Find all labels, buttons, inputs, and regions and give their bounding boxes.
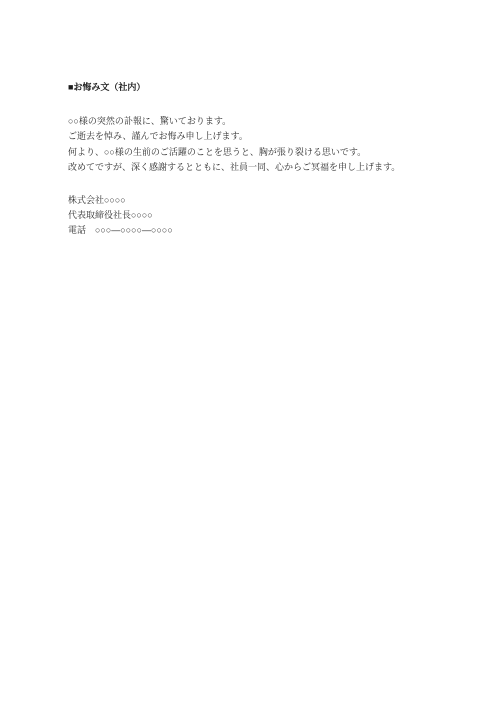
body-line-4: 改めてですが、深く感謝するとともに、社員一同、心からご冥福を申し上げます。 bbox=[68, 160, 480, 175]
signature-president: 代表取締役社長○○○○ bbox=[68, 208, 480, 223]
letter-title: ■お悔み文（社内） bbox=[68, 80, 480, 95]
signature-phone: 電話 ○○○—○○○○—○○○○ bbox=[68, 223, 480, 238]
signature-company: 株式会社○○○○ bbox=[68, 193, 480, 208]
letter-body: ○○様の突然の訃報に、驚いております。 ご逝去を悼み、謹んでお悔み申し上げます。… bbox=[68, 114, 480, 176]
document-page: ■お悔み文（社内） ○○様の突然の訃報に、驚いております。 ご逝去を悼み、謹んで… bbox=[0, 0, 500, 707]
body-line-1: ○○様の突然の訃報に、驚いております。 bbox=[68, 114, 480, 129]
letter-signature: 株式会社○○○○ 代表取締役社長○○○○ 電話 ○○○—○○○○—○○○○ bbox=[68, 193, 480, 239]
body-line-3: 何より、○○様の生前のご活躍のことを思うと、胸が張り裂ける思いです。 bbox=[68, 145, 480, 160]
body-line-2: ご逝去を悼み、謹んでお悔み申し上げます。 bbox=[68, 129, 480, 144]
letter-content: ■お悔み文（社内） ○○様の突然の訃報に、驚いております。 ご逝去を悼み、謹んで… bbox=[68, 80, 480, 239]
